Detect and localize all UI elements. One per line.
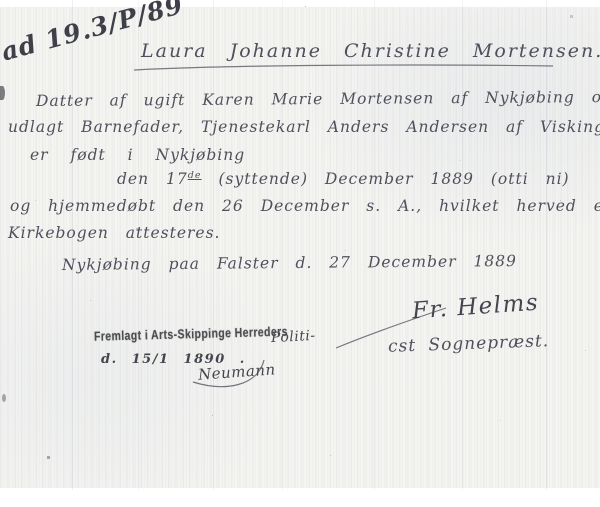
scan-artifact-line — [213, 0, 214, 490]
priest-signature: Fr. Helms — [411, 290, 540, 325]
title-underline — [134, 65, 553, 70]
birthdate-ordinal: de — [188, 170, 202, 181]
scan-artifact-line — [462, 0, 463, 490]
ink-smudge — [2, 394, 6, 402]
priest-signature-title: cst Sognepræst. — [388, 331, 550, 357]
stamp-handwritten-word: Politi- — [271, 328, 316, 346]
body-line-place-date: Nykjøbing paa Falster d. 27 December 188… — [62, 252, 517, 274]
ink-smudge — [0, 86, 5, 100]
birthdate-rest: (syttende) December 1889 (otti ni) — [202, 170, 570, 188]
scan-artifact-line — [138, 0, 139, 490]
scanned-document-page: ad 19.3/P/89 Laura Johanne Christine Mor… — [0, 0, 600, 507]
body-line-attest: Kirkebogen attesteres. — [8, 224, 220, 242]
scan-artifact-line — [374, 0, 375, 490]
scan-noise-speckles — [0, 0, 1, 1]
scan-artifact-line — [282, 0, 283, 490]
body-line-parents-2: udlagt Barnefader, Tjenestekarl Anders A… — [8, 118, 600, 136]
scan-artifact-line — [546, 0, 547, 490]
scan-edge-top — [0, 0, 600, 7]
body-line-baptism: og hjemmedøbt den 26 December s. A., hvi… — [10, 197, 600, 215]
birthdate-prefix: den 17 — [117, 170, 188, 188]
body-line-parents-1: Datter af ugift Karen Marie Mortensen af… — [36, 88, 600, 110]
body-line-birthdate: den 17de (syttende) December 1889 (otti … — [117, 170, 570, 188]
body-line-born: er født i Nykjøbing — [30, 146, 245, 164]
document-title: Laura Johanne Christine Mortensen. — [141, 40, 600, 62]
scan-edge-bottom — [0, 488, 600, 507]
court-filing-stamp: Fremlagt i Arts-Skippinge Herreders — [94, 324, 288, 344]
scan-artifact-line — [72, 0, 73, 490]
